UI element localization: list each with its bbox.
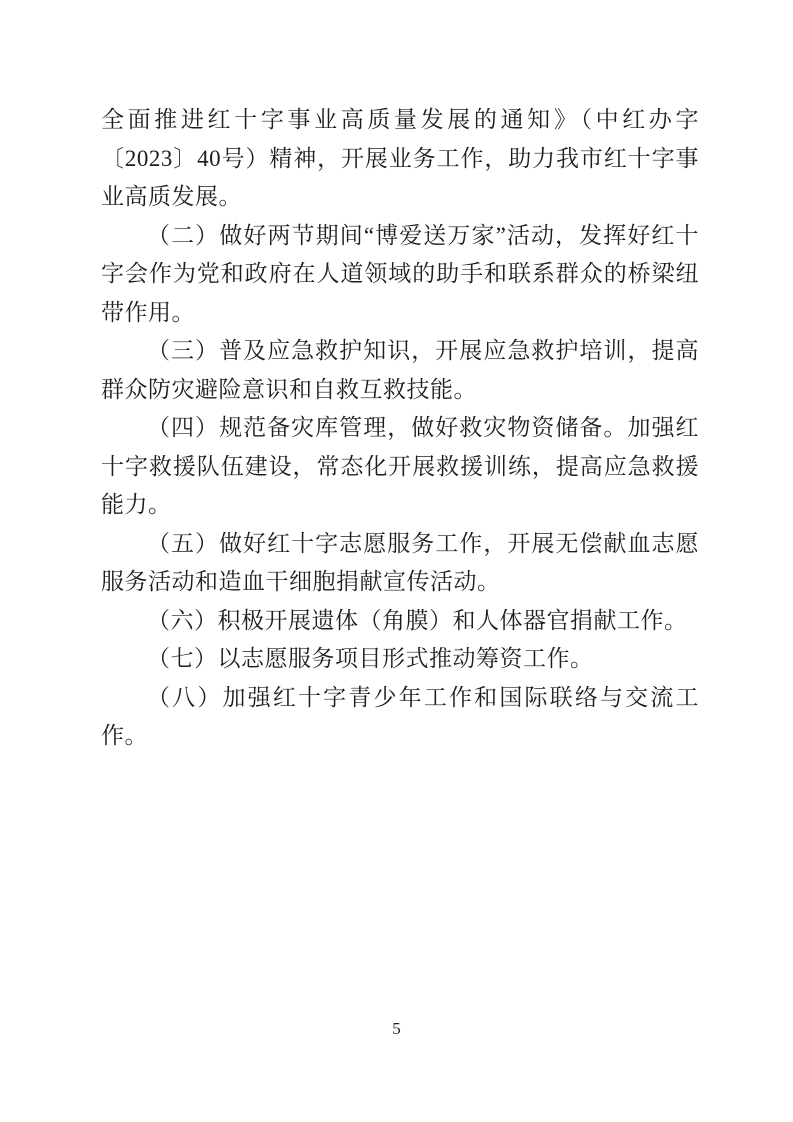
body-paragraph: （八）加强红十字青少年工作和国际联络与交流工作。 <box>101 679 699 756</box>
body-paragraph: （四）规范备灾库管理，做好救灾物资储备。加强红十字救援队伍建设，常态化开展救援训… <box>101 409 699 525</box>
document-body: 全面推进红十字事业高质量发展的通知》（中红办字〔2023〕40号）精神，开展业务… <box>101 101 699 756</box>
body-paragraph: （六）积极开展遗体（角膜）和人体器官捐献工作。 <box>101 602 699 641</box>
body-paragraph: （二）做好两节期间“博爱送万家”活动，发挥好红十字会作为党和政府在人道领域的助手… <box>101 217 699 333</box>
page-number: 5 <box>0 1019 793 1039</box>
body-paragraph: 全面推进红十字事业高质量发展的通知》（中红办字〔2023〕40号）精神，开展业务… <box>101 101 699 217</box>
body-paragraph: （五）做好红十字志愿服务工作，开展无偿献血志愿服务活动和造血干细胞捐献宣传活动。 <box>101 525 699 602</box>
body-paragraph: （三）普及应急救护知识，开展应急救护培训，提高群众防灾避险意识和自救互救技能。 <box>101 332 699 409</box>
document-page: 全面推进红十字事业高质量发展的通知》（中红办字〔2023〕40号）精神，开展业务… <box>0 0 793 1122</box>
body-paragraph: （七）以志愿服务项目形式推动筹资工作。 <box>101 640 699 679</box>
